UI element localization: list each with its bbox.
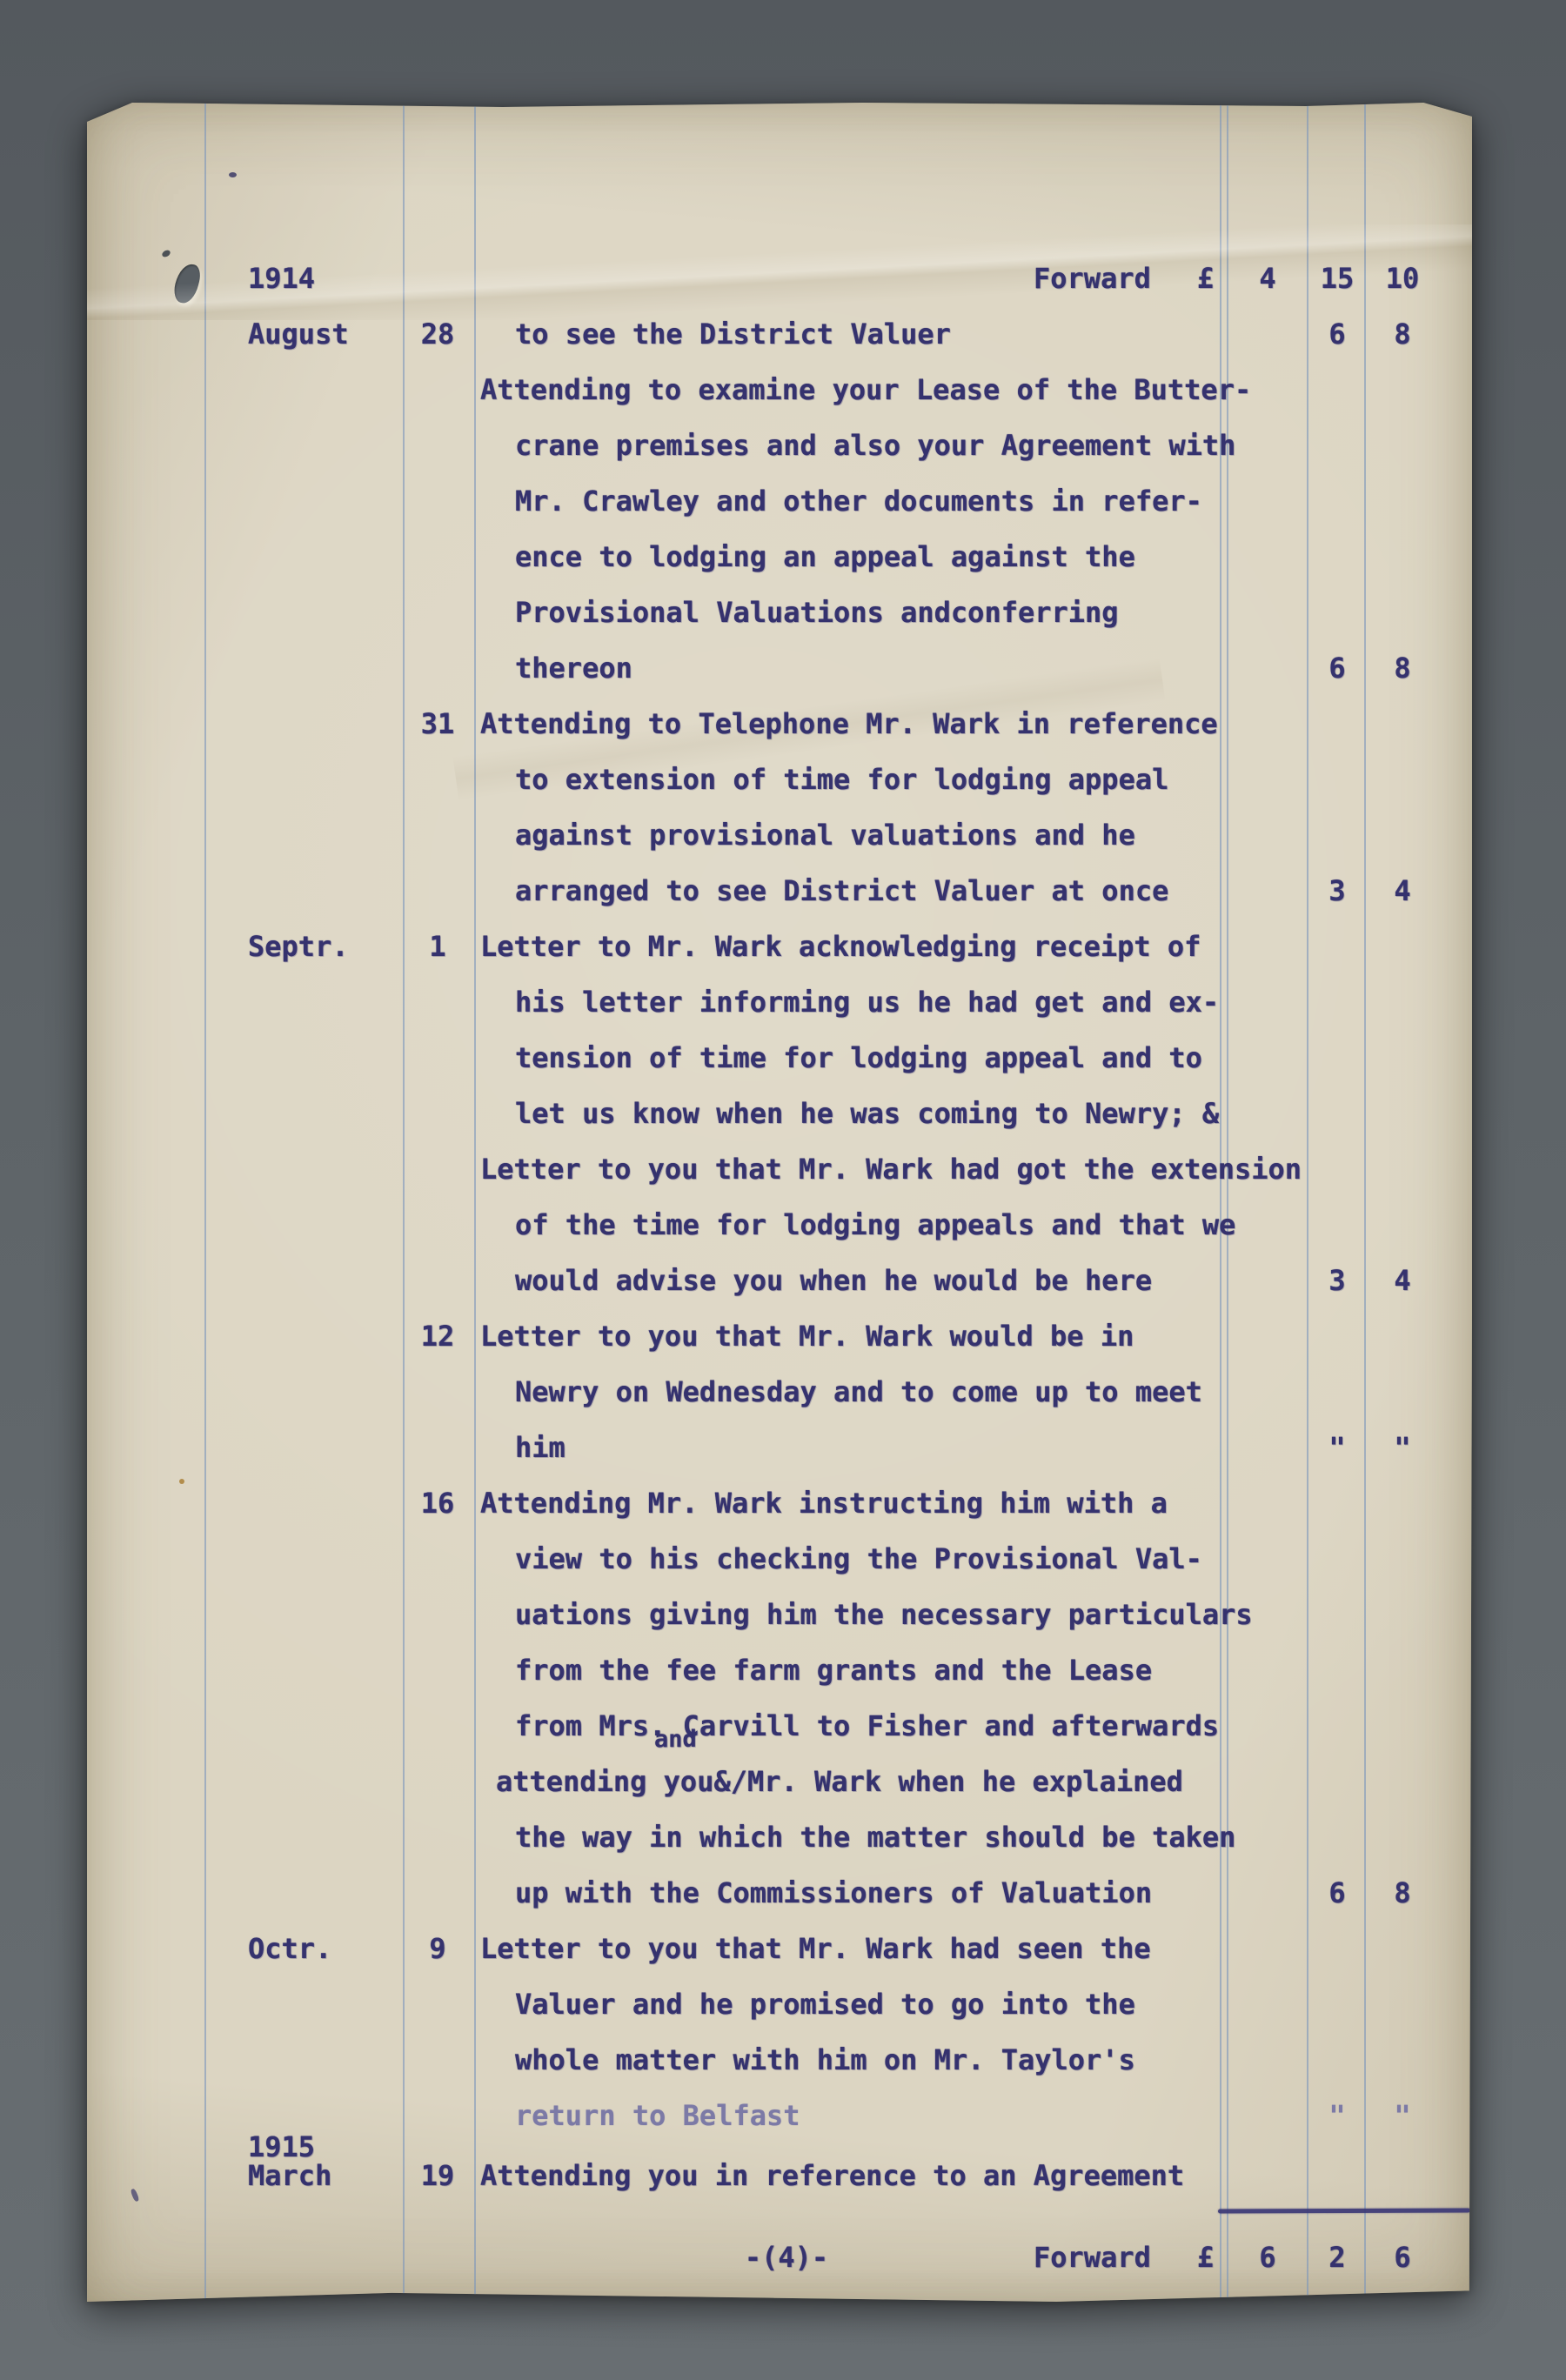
amount-shillings: 6	[1308, 1865, 1366, 1921]
ledger-row: uations giving him the necessary particu…	[87, 1587, 1472, 1642]
ledger-row: from Mrs. Carvill to Fisher and afterwar…	[87, 1698, 1472, 1754]
ledger-row: the way in which the matter should be ta…	[87, 1809, 1472, 1865]
ledger-row: Mr. Crawley and other documents in refer…	[87, 473, 1472, 529]
date-cell: Octr.	[248, 1921, 331, 1976]
ledger-row: of the time for lodging appeals and that…	[87, 1197, 1472, 1253]
forward-label: Forward	[1034, 251, 1151, 306]
day-cell: 16	[403, 1475, 472, 1531]
description-cell: Letter to you that Mr. Wark would be in	[480, 1308, 1134, 1364]
ledger-row: 1915	[87, 2133, 1472, 2162]
description-cell: attending you&/Mr. Wark when he explaine…	[496, 1754, 1183, 1809]
ledger-row: 16Attending Mr. Wark instructing him wit…	[87, 1475, 1472, 1531]
ledger-row: Attending to examine your Lease of the B…	[87, 362, 1472, 418]
description-cell: Attending Mr. Wark instructing him with …	[480, 1475, 1168, 1531]
scanned-page-background: { "header": { "year": "1914", "forward_l…	[0, 0, 1566, 2380]
ledger-row: August28to see the District Valuer68	[87, 306, 1472, 362]
ledger-row: view to his checking the Provisional Val…	[87, 1531, 1472, 1587]
ledger-row: Provisional Valuations andconferring	[87, 585, 1472, 640]
description-cell: of the time for lodging appeals and that…	[515, 1197, 1235, 1253]
description-cell: from the fee farm grants and the Lease	[515, 1642, 1152, 1698]
amount-pence: "	[1366, 1420, 1439, 1475]
description-cell: let us know when he was coming to Newry;…	[515, 1086, 1219, 1141]
page-number: -(4)-	[738, 2230, 835, 2285]
date-cell: August	[248, 306, 349, 362]
amount-shillings: 6	[1308, 306, 1366, 362]
amount-pence: 8	[1366, 640, 1439, 696]
pound-sign: £	[1197, 2230, 1214, 2285]
description-cell: him	[515, 1420, 565, 1475]
description-cell: to see the District Valuer	[515, 306, 951, 362]
description-cell: against provisional valuations and he	[515, 807, 1135, 863]
description-cell: Attending to Telephone Mr. Wark in refer…	[480, 696, 1218, 752]
description-cell: arranged to see District Valuer at once	[515, 863, 1168, 919]
description-cell: uations giving him the necessary particu…	[515, 1587, 1253, 1642]
description-cell: Letter to Mr. Wark acknowledging receipt…	[480, 919, 1201, 974]
date-cell: 1915	[248, 2133, 315, 2162]
ledger-row: tension of time for lodging appeal and t…	[87, 1030, 1472, 1086]
description-cell: Attending you in reference to an Agreeme…	[480, 2162, 1184, 2190]
description-cell: Letter to you that Mr. Wark had seen the	[480, 1921, 1151, 1976]
description-cell: Attending to examine your Lease of the B…	[480, 362, 1251, 418]
footer-row: -(4)- Forward £ 6 2 6	[87, 2230, 1472, 2285]
ledger-row: attending you&/Mr. Wark when he explaine…	[87, 1754, 1472, 1809]
description-cell: Provisional Valuations andconferring	[515, 585, 1119, 640]
ledger-row: against provisional valuations and he	[87, 807, 1472, 863]
description-cell: Mr. Crawley and other documents in refer…	[515, 473, 1202, 529]
amount-shillings: 3	[1308, 1253, 1366, 1308]
ledger-row: Newry on Wednesday and to come up to mee…	[87, 1364, 1472, 1420]
description-cell: view to his checking the Provisional Val…	[515, 1531, 1202, 1587]
interline-correction: and	[654, 1728, 697, 1751]
ledger-row: whole matter with him on Mr. Taylor's	[87, 2032, 1472, 2088]
description-cell: from Mrs. Carvill to Fisher and afterwar…	[515, 1698, 1219, 1754]
ledger-row: to extension of time for lodging appeal	[87, 752, 1472, 807]
ledger-row: Valuer and he promised to go into the	[87, 1976, 1472, 2032]
amount-shillings: 3	[1308, 863, 1366, 919]
description-cell: would advise you when he would be here	[515, 1253, 1152, 1308]
date-cell: Septr.	[248, 919, 349, 974]
ledger-row: 1914Forward£41510	[87, 251, 1472, 306]
ledger-row: up with the Commissioners of Valuation68	[87, 1865, 1472, 1921]
description-cell: ence to lodging an appeal against the	[515, 529, 1135, 585]
day-cell: 19	[403, 2162, 472, 2190]
ledger-row: his letter informing us he had get and e…	[87, 974, 1472, 1030]
ledger-rows: 1914Forward£41510August28to see the Dist…	[87, 251, 1472, 2190]
ledger-row: Octr.9Letter to you that Mr. Wark had se…	[87, 1921, 1472, 1976]
ledger-row: Letter to you that Mr. Wark had got the …	[87, 1141, 1472, 1197]
ink-speck	[229, 172, 237, 177]
day-cell: 31	[403, 696, 472, 752]
forward-label: Forward	[1034, 2230, 1151, 2285]
day-cell: 9	[403, 1921, 472, 1976]
amount-shillings: "	[1308, 1420, 1366, 1475]
description-cell: to extension of time for lodging appeal	[515, 752, 1168, 807]
amount-shillings: 15	[1308, 251, 1366, 306]
amount-pence: 4	[1366, 863, 1439, 919]
date-cell: 1914	[248, 251, 315, 306]
ledger-row: March19Attending you in reference to an …	[87, 2162, 1472, 2190]
amount-pence: 8	[1366, 306, 1439, 362]
ledger-row: Septr.1Letter to Mr. Wark acknowledging …	[87, 919, 1472, 974]
amount-pounds: 6	[1228, 2230, 1307, 2285]
ledger-sheet: 1914Forward£41510August28to see the Dist…	[87, 103, 1472, 2302]
description-cell: up with the Commissioners of Valuation	[515, 1865, 1152, 1921]
ledger-row: let us know when he was coming to Newry;…	[87, 1086, 1472, 1141]
total-rule-line	[1218, 2208, 1470, 2213]
ledger-row: from the fee farm grants and the Lease	[87, 1642, 1472, 1698]
description-cell: thereon	[515, 640, 632, 696]
amount-shillings: 6	[1308, 640, 1366, 696]
day-cell: 1	[403, 919, 472, 974]
ledger-row: arranged to see District Valuer at once3…	[87, 863, 1472, 919]
ledger-row: 12Letter to you that Mr. Wark would be i…	[87, 1308, 1472, 1364]
ledger-row: ence to lodging an appeal against the	[87, 529, 1472, 585]
ledger-row: thereon68	[87, 640, 1472, 696]
description-cell: tension of time for lodging appeal and t…	[515, 1030, 1202, 1086]
description-cell: Valuer and he promised to go into the	[515, 1976, 1135, 2032]
description-cell: the way in which the matter should be ta…	[515, 1809, 1235, 1865]
ledger-row: crane premises and also your Agreement w…	[87, 418, 1472, 473]
amount-pence: 10	[1366, 251, 1439, 306]
ledger-row: would advise you when he would be here34	[87, 1253, 1472, 1308]
amount-pence: 8	[1366, 1865, 1439, 1921]
description-cell: his letter informing us he had get and e…	[515, 974, 1219, 1030]
description-cell: Newry on Wednesday and to come up to mee…	[515, 1364, 1202, 1420]
ledger-row: him""	[87, 1420, 1472, 1475]
amount-pounds: 4	[1228, 251, 1307, 306]
description-cell: Letter to you that Mr. Wark had got the …	[480, 1141, 1302, 1197]
amount-pence: 6	[1366, 2230, 1439, 2285]
ledger-row: 31Attending to Telephone Mr. Wark in ref…	[87, 696, 1472, 752]
pound-sign: £	[1197, 251, 1214, 306]
date-cell: March	[248, 2162, 331, 2190]
day-cell: 12	[403, 1308, 472, 1364]
description-cell: crane premises and also your Agreement w…	[515, 418, 1235, 473]
description-cell: whole matter with him on Mr. Taylor's	[515, 2032, 1135, 2088]
amount-shillings: 2	[1308, 2230, 1366, 2285]
bill-of-costs-page: 1914Forward£41510August28to see the Dist…	[87, 103, 1472, 2302]
day-cell: 28	[403, 306, 472, 362]
amount-pence: 4	[1366, 1253, 1439, 1308]
